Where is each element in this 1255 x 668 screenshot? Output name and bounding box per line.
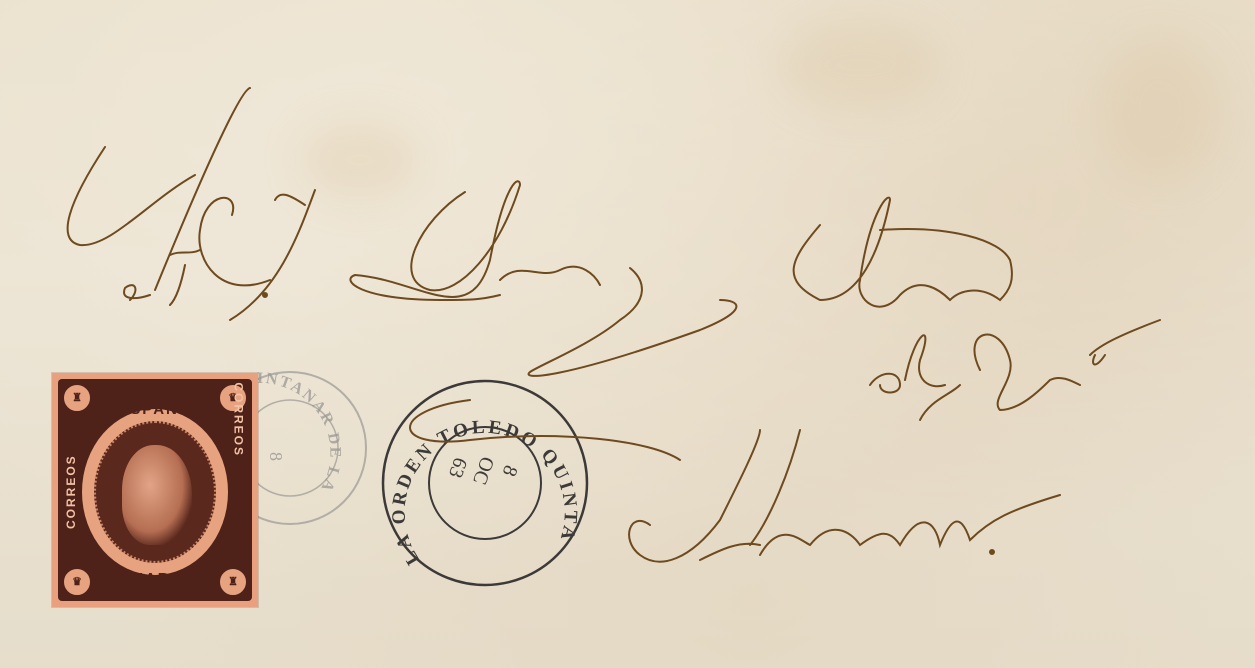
stamp-frame: ♜ ♛ ♛ ♜ ESPAÑA CORREOS CORREOS 4 CUARTOS <box>58 379 252 601</box>
stamp-oval-inner <box>94 421 216 563</box>
postage-stamp: ♜ ♛ ♛ ♜ ESPAÑA CORREOS CORREOS 4 CUARTOS <box>52 373 258 607</box>
stamp-left-label: CORREOS <box>64 454 78 529</box>
queen-portrait <box>122 445 192 545</box>
stamp-value: 4 CUARTOS <box>58 570 252 587</box>
stamp-right-label: CORREOS <box>232 382 246 457</box>
stamp-oval <box>82 409 228 575</box>
stamp-country: ESPAÑA <box>58 401 252 418</box>
postal-cover: 8 QUINTANAR DE LA LA ORDEN TOLEDO QUINTA… <box>0 0 1255 668</box>
